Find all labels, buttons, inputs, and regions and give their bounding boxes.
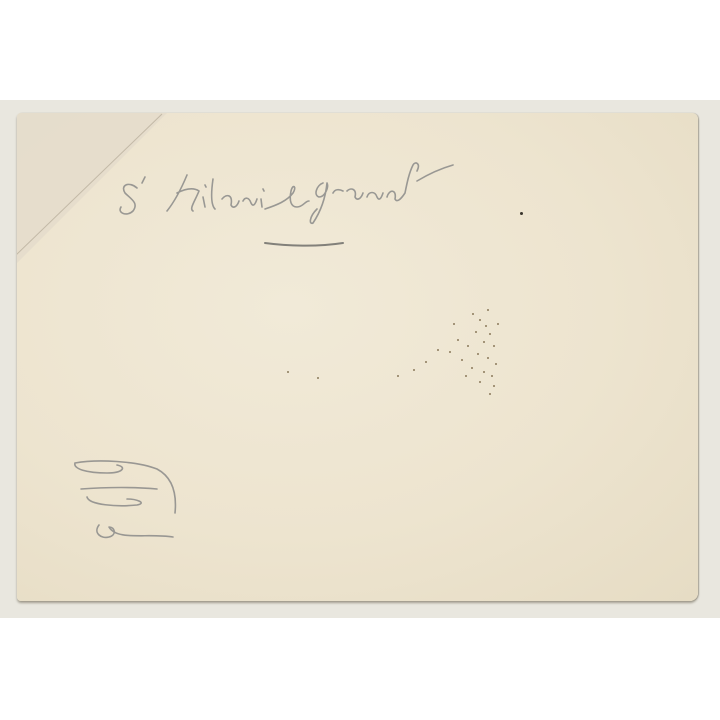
photo-card-back: S' Hilaire le grand bbox=[17, 113, 698, 601]
pencil-dot bbox=[520, 212, 523, 215]
pencil-writing bbox=[17, 113, 698, 601]
